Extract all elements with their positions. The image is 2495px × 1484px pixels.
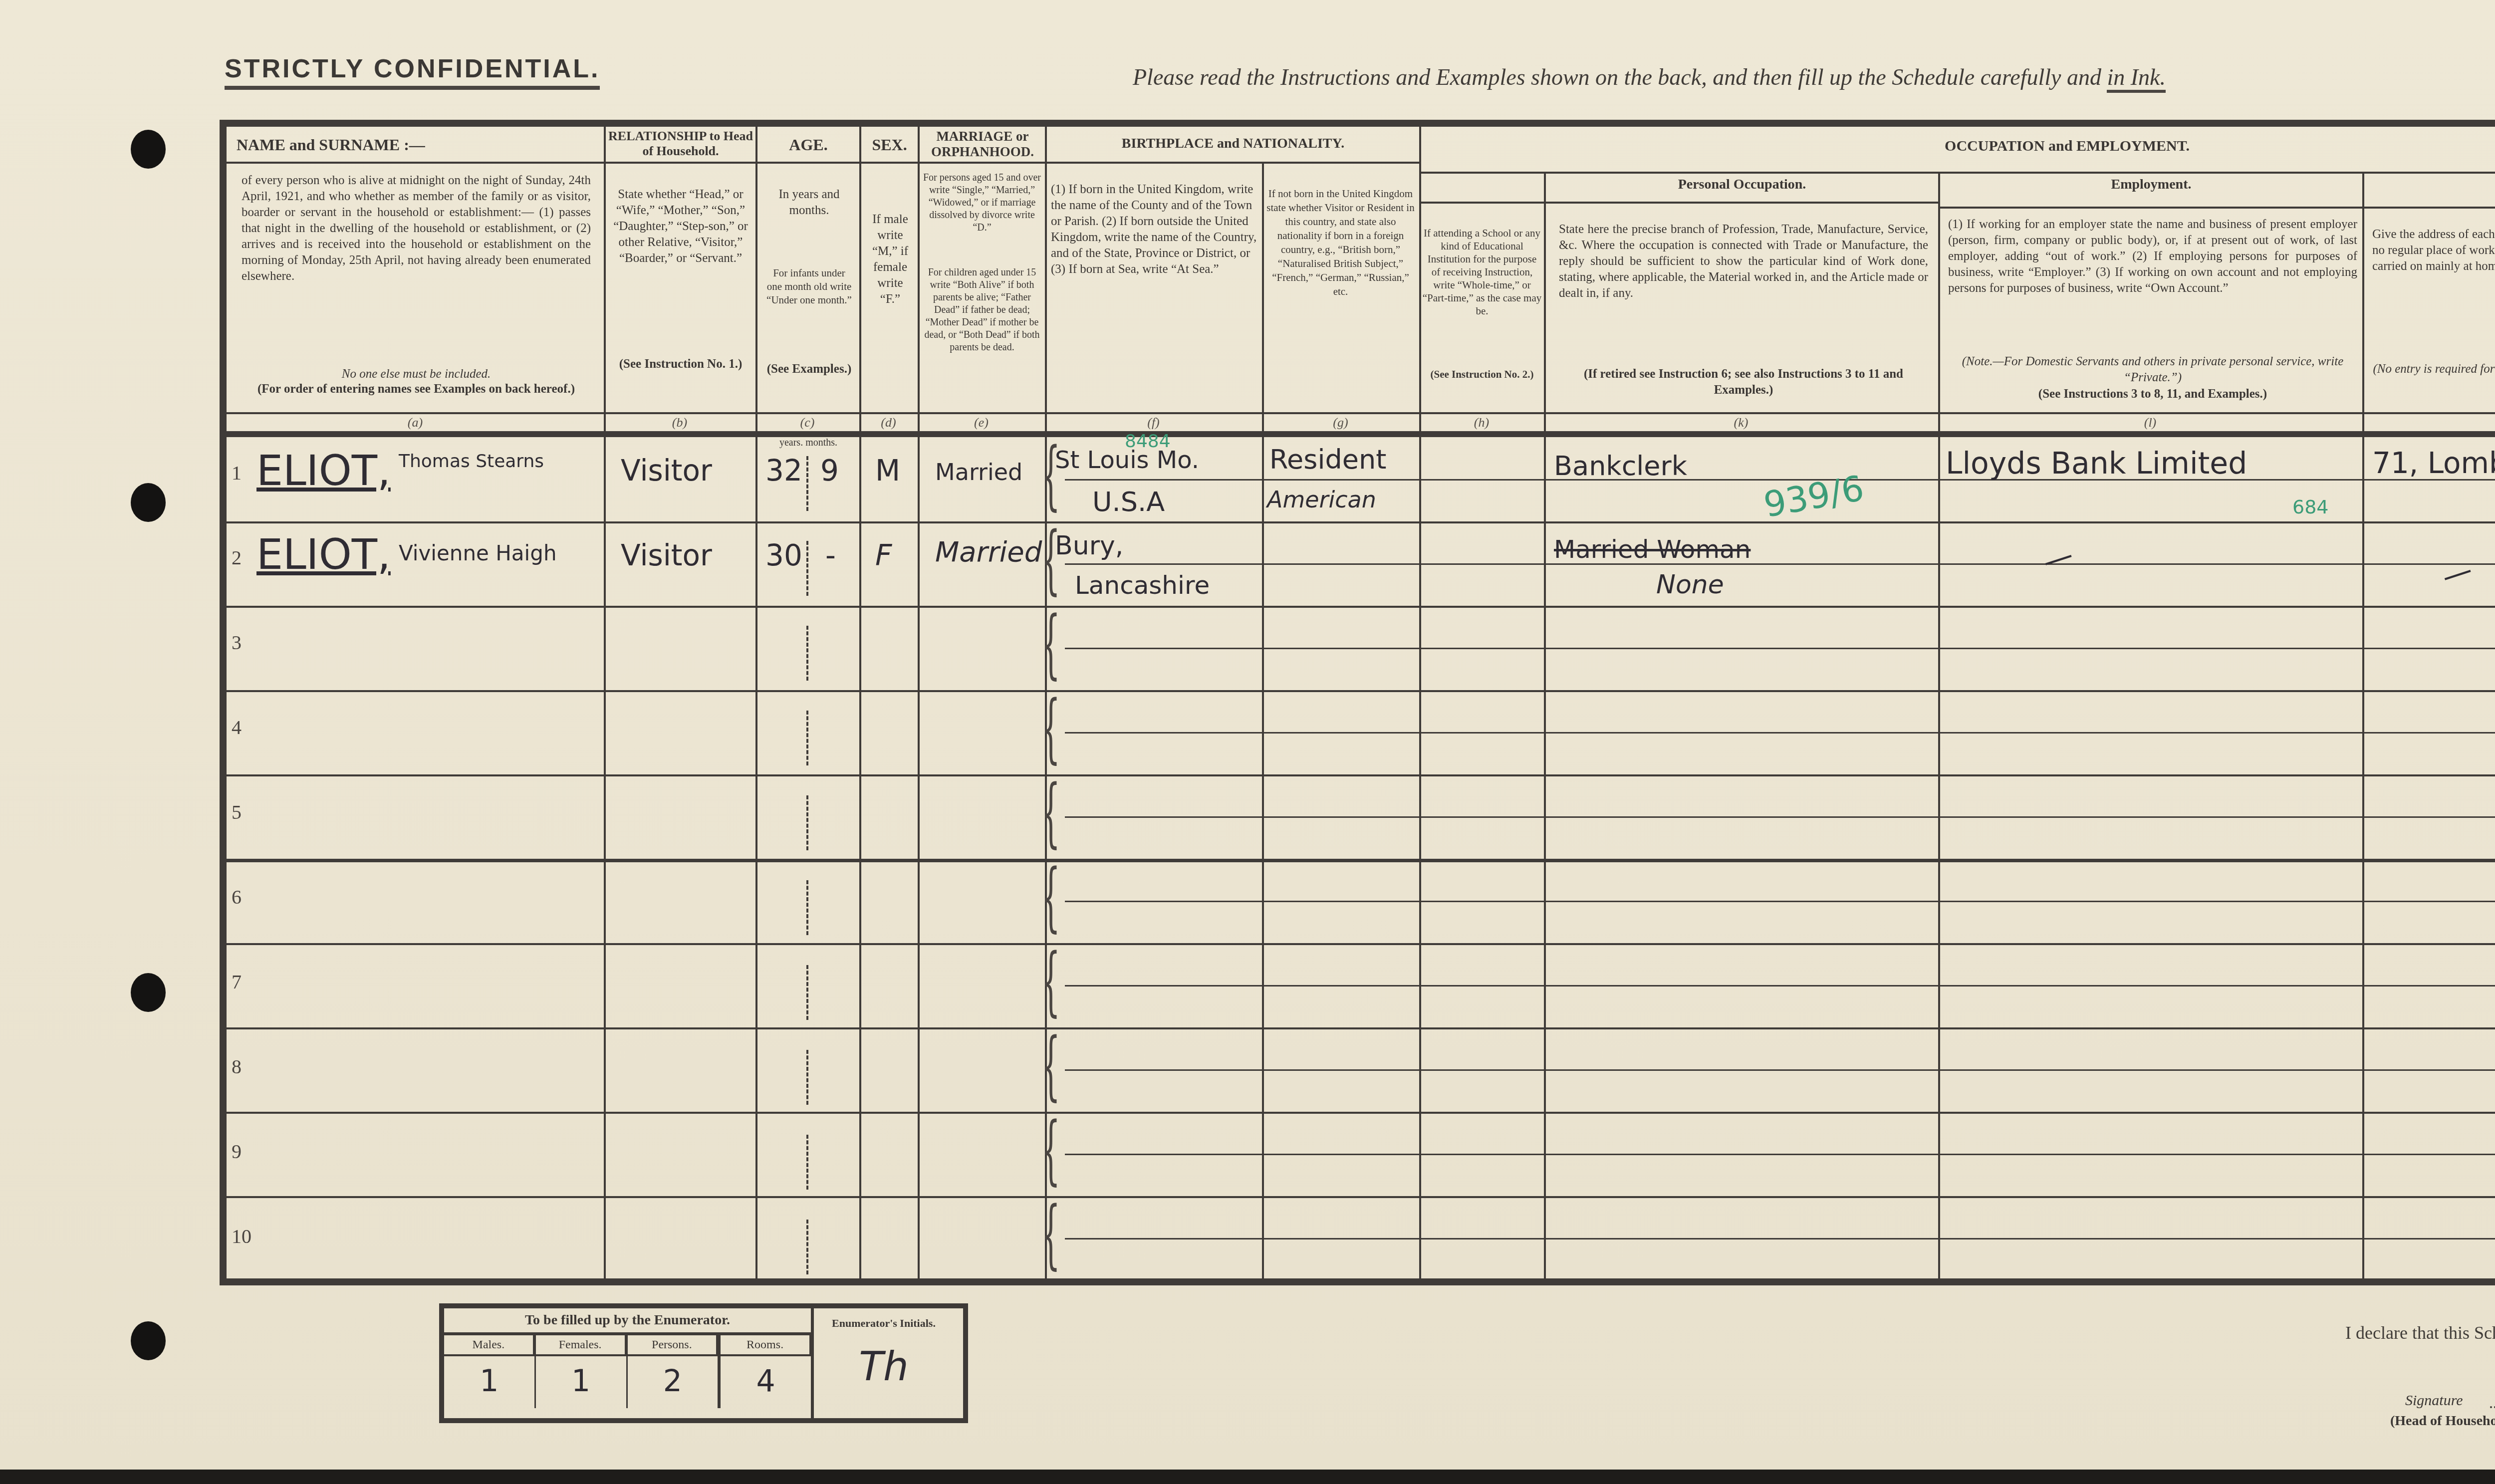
col-m-instructions: Give the address of each person’s place … [2372,227,2495,274]
row-rule [227,943,2495,945]
age-months-field[interactable]: 9 [820,454,839,488]
age-years-field[interactable]: 32 [765,454,802,488]
row-rule [227,774,2495,776]
col-l-note2: (See Instructions 3 to 8, 11, and Exampl… [1948,386,2357,402]
sex-field[interactable]: F [875,538,892,572]
row-number: 2 [232,546,242,569]
age-divider [806,1135,808,1190]
col-l-instructions: (1) If working for an employer state the… [1948,217,2357,296]
brace-icon: { [1041,1191,1060,1278]
brace-icon: { [1041,769,1060,856]
brace-icon: { [1041,601,1060,688]
header-rule [1045,162,1419,164]
rooms-label: Rooms. [721,1335,811,1356]
brace-icon: { [1041,938,1060,1025]
sub-rule [1065,985,2495,987]
col-k-title: Personal Occupation. [1546,177,1938,193]
col-letter: (h) [1419,415,1544,430]
relationship-field[interactable]: Visitor [621,454,712,488]
row-number: 3 [232,631,242,654]
males-cell: Males.1 [444,1335,536,1408]
col-c-note2: (See Examples.) [765,361,853,377]
row-number: 9 [232,1140,242,1163]
header-rule [1938,207,2495,209]
col-letter: (m) [2362,415,2495,430]
place-of-work-field[interactable]: — [2438,552,2477,594]
col-c-instructions: In years and months. [765,187,853,219]
sub-rule [1065,901,2495,902]
col-c-title: AGE. [757,136,859,154]
col-m-note: (No entry is required for any person who… [2372,361,2495,377]
occupation-field[interactable]: Bankclerk [1554,450,1687,482]
page-title: STRICTLY CONFIDENTIAL. [225,54,600,90]
col-letter: (k) [1544,415,1938,430]
header-rule [1419,172,2495,174]
col-divider [604,127,606,1279]
age-years-field[interactable]: 30 [765,538,802,572]
birthplace-country-field[interactable]: U.S.A [1092,486,1165,517]
age-divider [806,795,808,850]
col-divider [859,127,861,1279]
row-rule [227,690,2495,692]
col-e-instructions: For persons aged 15 and over write “Sing… [922,172,1042,234]
row-rule [227,521,2495,523]
persons-label: Persons. [628,1335,718,1356]
col-g-instructions: If not born in the United Kingdom state … [1264,187,1417,298]
col-h-instructions: If attending a School or any kind of Edu… [1422,227,1542,317]
col-b-instructions: State whether “Head,” or “Wife,” “Mother… [611,187,750,266]
marriage-field[interactable]: Married [935,459,1022,486]
col-letter: (a) [227,415,604,430]
col-h-note: (See Instruction No. 2.) [1422,366,1542,382]
punch-hole [131,1321,166,1360]
col-a-instructions: of every person who is alive at midnight… [242,173,591,284]
col-divider [755,127,757,1279]
sub-rule [1065,732,2495,734]
surname-field[interactable]: ELIOT, [256,446,391,495]
males-value[interactable]: 1 [444,1356,534,1406]
row-rule [227,1027,2495,1029]
row-rule [227,1112,2495,1114]
col-d-title: SEX. [861,136,918,154]
signature-note: (Head of Household, Manager of Establish… [2390,1413,2495,1429]
age-divider [806,1050,808,1105]
col-m-title: Place of Work. [2364,177,2495,193]
col-letter: (b) [604,415,755,430]
sub-rule [1065,479,2495,481]
brace-icon: { [1041,854,1060,941]
col-b-note: (See Instruction No. 1.) [611,356,750,372]
persons-cell: Persons.2 [628,1335,720,1408]
age-divider [806,965,808,1020]
age-divider [806,1220,808,1274]
birthplace-group-title: BIRTHPLACE and NATIONALITY. [1047,136,1419,152]
sub-rule [1065,816,2495,818]
birthplace-county-field[interactable]: Lancashire [1075,571,1210,600]
row-rule [227,606,2495,608]
col-f-instructions: (1) If born in the United Kingdom, write… [1051,182,1258,277]
col-l-note: (Note.—For Domestic Servants and others … [1948,354,2357,386]
brace-icon: { [1041,1022,1060,1109]
brace-icon: { [1041,685,1060,772]
age-divider [806,541,808,596]
age-divider [806,626,808,681]
persons-value[interactable]: 2 [628,1356,718,1406]
sub-rule [1065,1238,2495,1239]
instruction-line: Please read the Instructions and Example… [1133,64,2166,90]
enumerator-box-heading: To be filled up by the Enumerator. [444,1308,811,1335]
col-e-note: For children aged under 15 write “Both A… [922,266,1042,354]
punch-hole [131,483,166,522]
initials-value[interactable]: Th [814,1343,954,1390]
col-k-instructions: State here the precise branch of Profess… [1559,222,1928,301]
row-number: 5 [232,800,242,824]
occupation-struck-field: Married Woman [1554,535,1750,564]
rooms-value[interactable]: 4 [721,1356,811,1406]
birthplace-field[interactable]: Bury, [1055,531,1123,561]
relationship-field[interactable]: Visitor [621,538,712,572]
sex-field[interactable]: M [875,454,900,488]
col-b-title: RELATIONSHIP to Head of Household. [606,129,755,159]
age-divider [806,880,808,935]
birthplace-field[interactable]: St Louis Mo. [1055,446,1199,474]
row-rule [227,859,2495,862]
header-rule [227,412,2495,414]
females-cell: Females.1 [536,1335,628,1408]
nationality-field[interactable]: Resident [1269,444,1386,475]
col-letter: (l) [1938,415,2362,430]
forenames-field[interactable]: Vivienne Haigh [399,541,557,565]
col-l-title: Employment. [1940,177,2362,193]
marriage-field[interactable]: Married [935,536,1042,568]
brace-icon: { [1041,1107,1060,1194]
row-number: 1 [232,461,242,485]
employment-field[interactable]: — [2038,537,2078,579]
col-d-instructions: If male write “M,” if female write “F.” [870,212,910,307]
sub-rule [1065,648,2495,649]
header-rule-thick [227,431,2495,437]
sub-rule [1065,1069,2495,1071]
coding-mark: 684 [2292,496,2329,518]
page-edge [0,1470,2495,1484]
females-label: Females. [536,1335,626,1356]
coding-mark: 939/6 [1760,468,1867,525]
age-months-field[interactable]: - [825,538,836,572]
col-divider [918,127,920,1279]
occupation-group-title: OCCUPATION and EMPLOYMENT. [1421,138,2495,155]
row-number: 6 [232,885,242,909]
header-rule [1419,202,1938,204]
brace-icon: { [1041,432,1060,519]
initials-label: Enumerator's Initials. [814,1308,954,1338]
census-table: NAME and SURNAME :— of every person who … [220,120,2495,1285]
header-rule [227,162,604,164]
signature-label: Signature [2405,1392,2463,1409]
forenames-field[interactable]: Thomas Stearns [399,451,544,472]
age-divider [806,456,808,511]
header-rule [604,162,1045,164]
col-divider [1419,127,1421,1279]
col-letter: (g) [1262,415,1419,430]
instruction-text: Please read the Instructions and Example… [1133,64,2101,90]
males-label: Males. [444,1335,534,1356]
enumerator-summary-box: To be filled up by the Enumerator. Males… [439,1303,968,1423]
age-subheader: years. months. [758,437,858,449]
col-e-title: MARRIAGE or ORPHANHOOD. [920,129,1045,160]
occupation-field[interactable]: None [1656,570,1724,600]
row-number: 10 [232,1225,251,1248]
rooms-cell: Rooms.4 [719,1335,811,1408]
punch-hole [131,973,166,1012]
col-letter: (d) [859,415,918,430]
surname-field[interactable]: ELIOT, [256,530,391,579]
row-rule [227,1196,2495,1198]
nationality-detail-field[interactable]: American [1267,486,1376,513]
months-label: months. [805,437,837,448]
age-divider [806,711,808,765]
females-value[interactable]: 1 [536,1356,626,1406]
row-number: 7 [232,970,242,993]
row-number: 4 [232,716,242,739]
col-a-note2: (For order of entering names see Example… [242,381,591,397]
col-letter: (f) [1045,415,1262,430]
col-a-note: No one else must be included. [242,366,591,382]
col-letter: (c) [755,415,859,430]
punch-hole [131,130,166,169]
row-number: 8 [232,1055,242,1078]
sub-rule [1065,563,2495,565]
col-k-note: (If retired see Instruction 6; see also … [1559,366,1928,398]
declaration-text: I declare that this Schedule is correctl… [2345,1322,2495,1343]
signature-line [2490,1406,2495,1408]
employment-field[interactable]: Lloyds Bank Limited [1946,446,2247,481]
col-a-title: NAME and SURNAME :— [237,136,586,154]
years-label: years. [779,437,803,448]
sub-rule [1065,1154,2495,1155]
col-c-note: For infants under one month old write “U… [765,266,853,307]
instruction-emphasis: in Ink. [2107,64,2166,93]
place-of-work-field[interactable]: 71, Lombard St. E.C.3 [2372,446,2495,480]
col-letter: (e) [918,415,1045,430]
